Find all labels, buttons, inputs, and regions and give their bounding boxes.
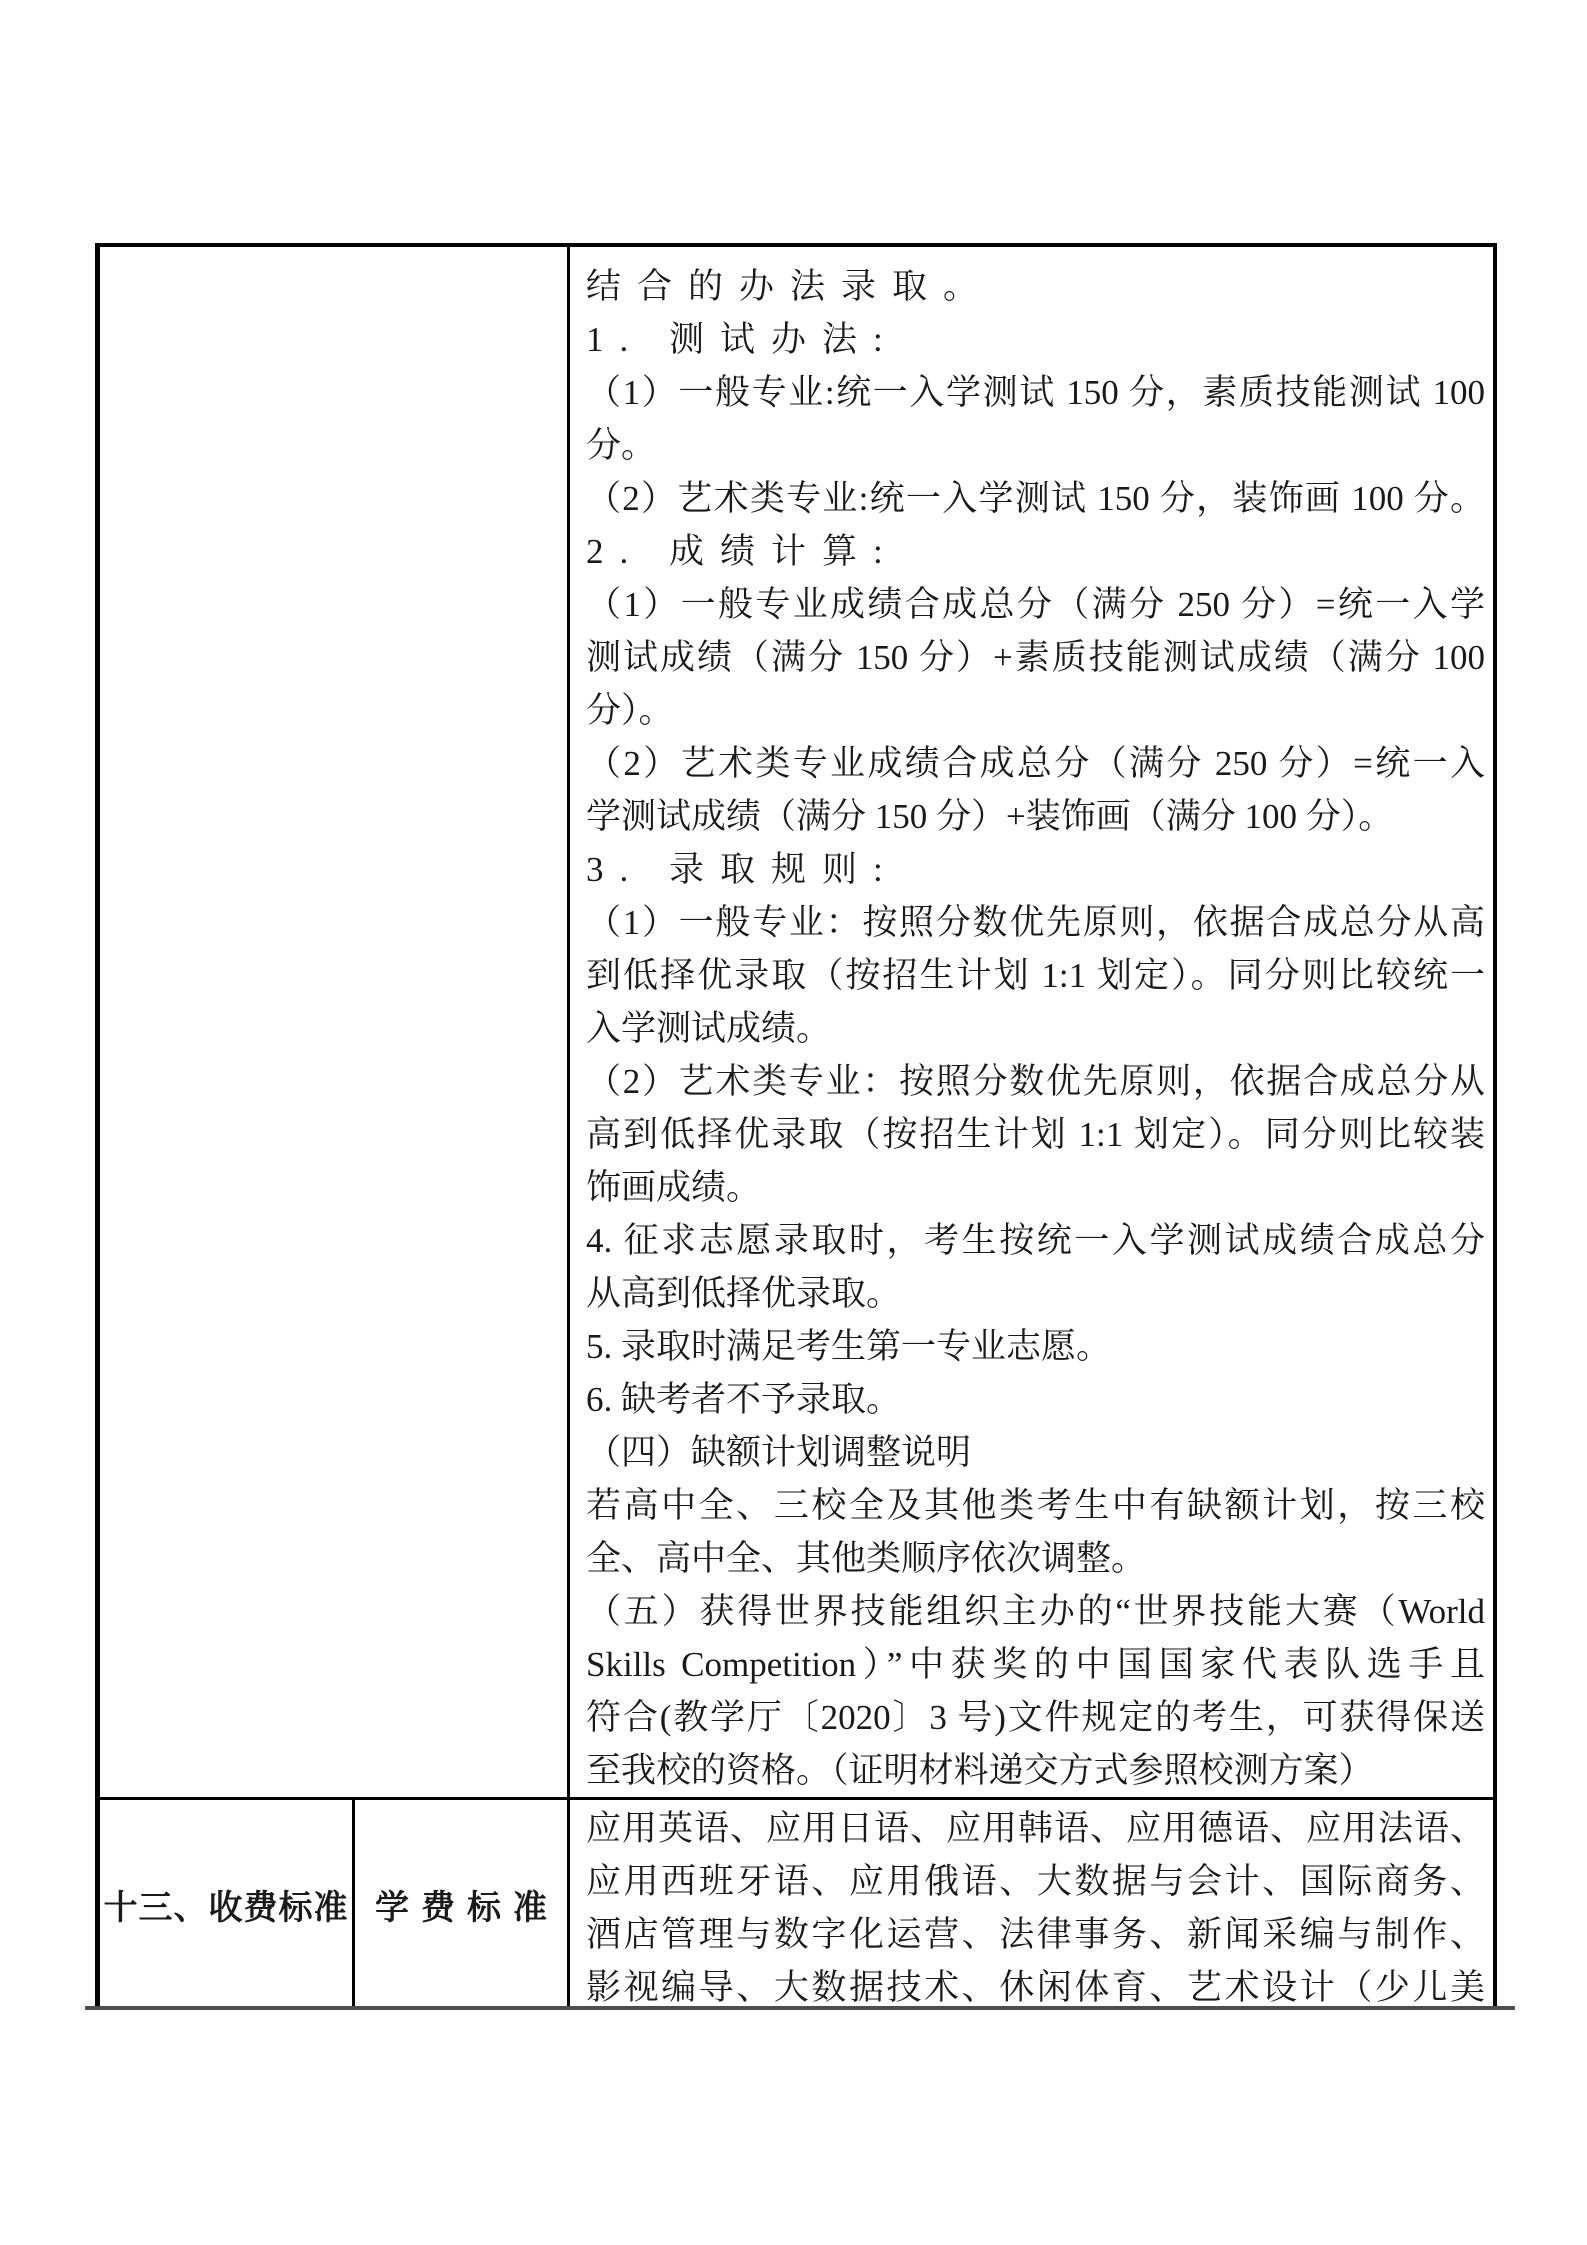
text-line: （2）艺术类专业成绩合成总分（满分 250 分）=统一入 <box>586 737 1485 790</box>
text-line: 6. 缺考者不予录取。 <box>586 1373 1485 1426</box>
page-cut-line <box>85 2006 1515 2010</box>
text-line: 到低择优录取（按招生计划 1:1 划定）。同分则比较统一 <box>586 949 1485 1002</box>
document-page: 结合的办法录取。1. 测试办法:（1）一般专业:统一入学测试 150 分，素质技… <box>0 0 1587 2245</box>
text-line: 分）。 <box>586 684 1485 737</box>
text-line: （2）艺术类专业：按照分数优先原则，依据合成总分从 <box>586 1055 1485 1108</box>
fee-majors-text-cell: 应用英语、应用日语、应用韩语、应用德语、应用法语、应用西班牙语、应用俄语、大数据… <box>570 1800 1493 2008</box>
admission-rules-text-cell: 结合的办法录取。1. 测试办法:（1）一般专业:统一入学测试 150 分，素质技… <box>570 247 1493 1797</box>
text-line: 饰画成绩。 <box>586 1161 1485 1214</box>
text-line: （1）一般专业：按照分数优先原则，依据合成总分从高 <box>586 896 1485 949</box>
text-line: 4. 征求志愿录取时，考生按统一入学测试成绩合成总分 <box>586 1214 1485 1267</box>
text-line: 若高中全、三校全及其他类考生中有缺额计划，按三校 <box>586 1479 1485 1532</box>
text-line: 3. 录取规则: <box>586 843 1485 896</box>
text-line: 1. 测试办法: <box>586 313 1485 366</box>
text-line: 5. 录取时满足考生第一专业志愿。 <box>586 1320 1485 1373</box>
text-line: 酒店管理与数字化运营、法律事务、新闻采编与制作、 <box>586 1908 1485 1961</box>
admissions-table: 结合的办法录取。1. 测试办法:（1）一般专业:统一入学测试 150 分，素质技… <box>95 243 1497 2008</box>
text-line: 学测试成绩（满分 150 分）+装饰画（满分 100 分）。 <box>586 790 1485 843</box>
fee-section-cell: 十三、收费标准 <box>100 1800 352 2008</box>
text-line: 从高到低择优录取。 <box>586 1267 1485 1320</box>
text-line: （2）艺术类专业:统一入学测试 150 分，装饰画 100 分。 <box>586 472 1485 525</box>
text-line: 结合的办法录取。 <box>586 260 1485 313</box>
row1-left-cell-empty <box>100 247 567 1797</box>
text-line: 全、高中全、其他类顺序依次调整。 <box>586 1532 1485 1585</box>
text-line: （1）一般专业:统一入学测试 150 分，素质技能测试 100 <box>586 366 1485 419</box>
fee-type-cell: 学 费 标 准 <box>355 1800 567 2008</box>
text-line: 入学测试成绩。 <box>586 1002 1485 1055</box>
text-line: Skills Competition）”中获奖的中国国家代表队选手且 <box>586 1638 1485 1691</box>
fee-section-label: 十三、收费标准 <box>104 1880 349 1929</box>
table-inner: 结合的办法录取。1. 测试办法:（1）一般专业:统一入学测试 150 分，素质技… <box>100 247 1493 2008</box>
text-line: （五）获得世界技能组织主办的“世界技能大赛（World <box>586 1585 1485 1638</box>
text-line: 应用西班牙语、应用俄语、大数据与会计、国际商务、 <box>586 1855 1485 1908</box>
text-line: 符合(教学厅〔2020〕3 号)文件规定的考生，可获得保送 <box>586 1691 1485 1744</box>
text-line: 2. 成绩计算: <box>586 525 1485 578</box>
text-line: 分。 <box>586 419 1485 472</box>
text-line: （1）一般专业成绩合成总分（满分 250 分）=统一入学 <box>586 578 1485 631</box>
text-line: 至我校的资格。（证明材料递交方式参照校测方案） <box>586 1744 1485 1797</box>
text-line: 影视编导、大数据技术、休闲体育、艺术设计（少儿美 <box>586 1961 1485 2008</box>
text-line: （四）缺额计划调整说明 <box>586 1426 1485 1479</box>
fee-type-label: 学 费 标 准 <box>355 1880 567 1929</box>
text-line: 高到低择优录取（按招生计划 1:1 划定）。同分则比较装 <box>586 1108 1485 1161</box>
text-line: 应用英语、应用日语、应用韩语、应用德语、应用法语、 <box>586 1802 1485 1855</box>
text-line: 测试成绩（满分 150 分）+素质技能测试成绩（满分 100 <box>586 631 1485 684</box>
